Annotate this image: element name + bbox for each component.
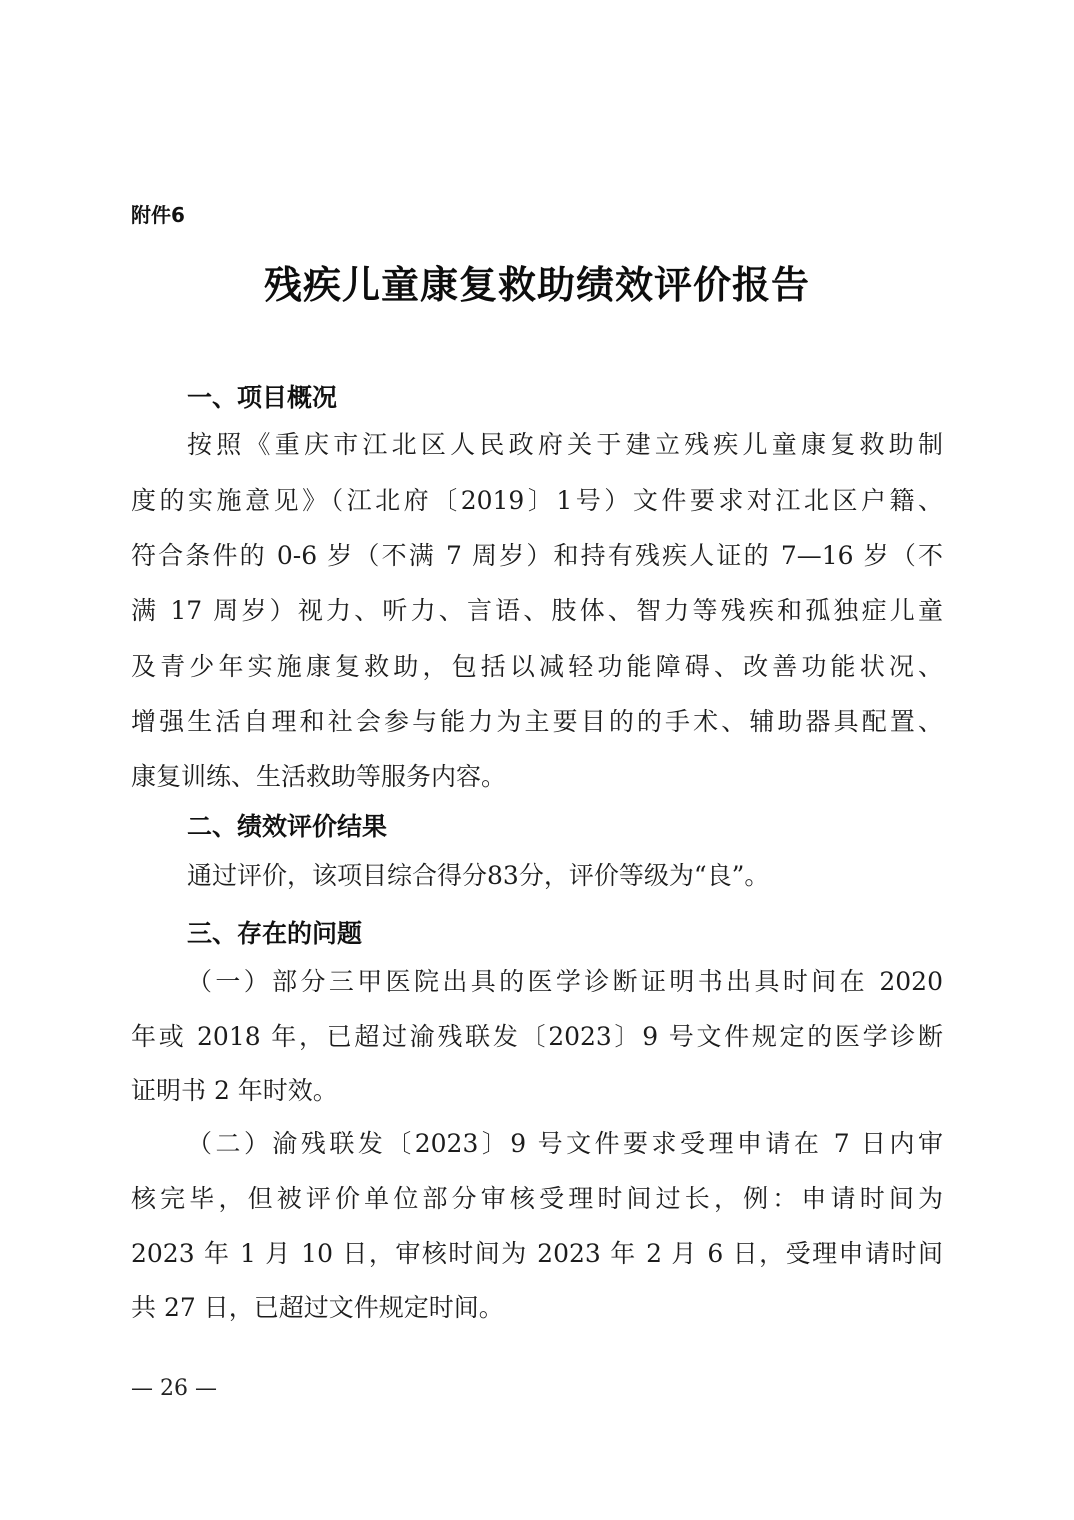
paragraph-line: （一）部分三甲医院出具的医学诊断证明书出具时间在 2020 (187, 967, 943, 997)
paragraph-line: 证明书 2 年时效。 (131, 1076, 943, 1106)
paragraph-line: 共 27 日，已超过文件规定时间。 (131, 1293, 943, 1323)
attachment-label: 附件6 (131, 199, 185, 228)
section-heading-issues: 三、存在的问题 (187, 914, 362, 950)
paragraph-line: 满 17 周岁）视力、听力、言语、肢体、智力等残疾和孤独症儿童 (131, 596, 943, 626)
page-number: — 26 — (131, 1376, 217, 1401)
section-heading-results: 二、绩效评价结果 (187, 807, 387, 843)
paragraph-line: 按照《重庆市江北区人民政府关于建立残疾儿童康复救助制 (187, 430, 943, 460)
paragraph-line: 度的实施意见》（江北府〔2019〕1号）文件要求对江北区户籍、 (131, 486, 943, 516)
paragraph-line: 通过评价，该项目综合得分83分，评价等级为“良”。 (187, 861, 943, 891)
paragraph-line: 增强生活自理和社会参与能力为主要目的的手术、辅助器具配置、 (131, 707, 943, 737)
section-heading-overview: 一、项目概况 (187, 378, 337, 414)
paragraph-line: 及青少年实施康复救助，包括以减轻功能障碍、改善功能状况、 (131, 652, 943, 682)
paragraph-line: 康复训练、生活救助等服务内容。 (131, 762, 943, 792)
document-title: 残疾儿童康复救助绩效评价报告 (0, 254, 1074, 309)
paragraph-line: 符合条件的 0-6 岁（不满 7 周岁）和持有残疾人证的 7—16 岁（不 (131, 541, 943, 571)
paragraph-line: 年或 2018 年，已超过渝残联发〔2023〕9 号文件规定的医学诊断 (131, 1022, 943, 1052)
paragraph-line: （二）渝残联发〔2023〕9 号文件要求受理申请在 7 日内审 (187, 1129, 943, 1159)
document-page: 附件6 残疾儿童康复救助绩效评价报告 一、项目概况 按照《重庆市江北区人民政府关… (0, 0, 1074, 1520)
paragraph-line: 2023 年 1 月 10 日，审核时间为 2023 年 2 月 6 日，受理申… (131, 1239, 943, 1269)
paragraph-line: 核完毕，但被评价单位部分审核受理时间过长，例：申请时间为 (131, 1184, 943, 1214)
